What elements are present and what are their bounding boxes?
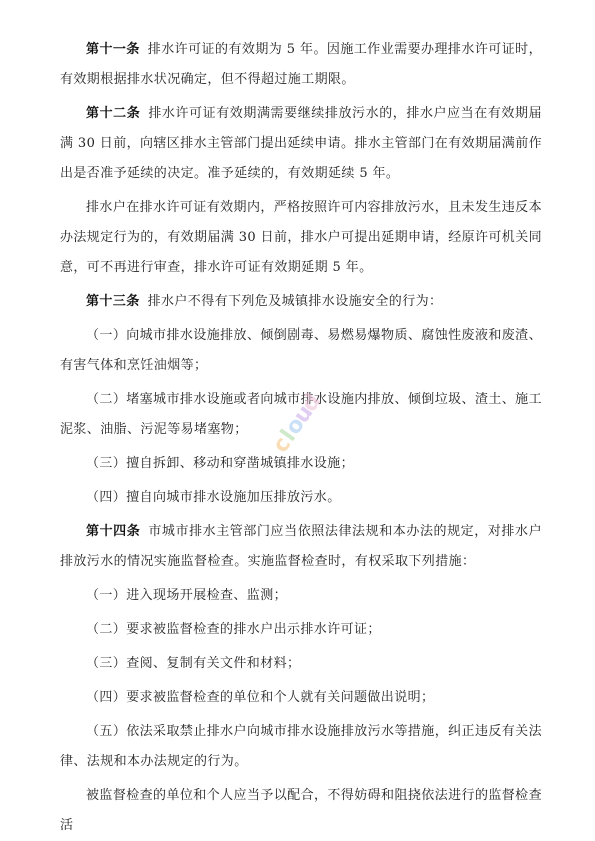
list-item-13-3: （三）擅自拆卸、移动和穿凿城镇排水设施； <box>60 449 542 479</box>
list-item-14-3: （三）查阅、复制有关文件和材料； <box>60 649 542 679</box>
list-item-14-2: （二）要求被监督检查的排水户出示排水许可证； <box>60 615 542 645</box>
paragraph-text: 排水户在排水许可证有效期内，严格按照许可内容排放污水，且未发生违反本办法规定行为… <box>60 200 542 275</box>
paragraph-text: （四）要求被监督检查的单位和个人就有关问题做出说明； <box>86 690 434 705</box>
paragraph-text: （一）向城市排水设施排放、倾倒剧毒、易燃易爆物质、腐蚀性废液和废渣、有害气体和烹… <box>60 328 542 373</box>
document-page: 第十一条排水许可证的有效期为 5 年。因施工作业需要办理排水许可证时，有效期根据… <box>60 35 542 841</box>
paragraph-article-11: 第十一条排水许可证的有效期为 5 年。因施工作业需要办理排水许可证时，有效期根据… <box>60 35 542 95</box>
list-item-13-1: （一）向城市排水设施排放、倾倒剧毒、易燃易爆物质、腐蚀性废液和废渣、有害气体和烹… <box>60 321 542 381</box>
paragraph-text: （五）依法采取禁止排水户向城市排水设施排放污水等措施，纠正违反有关法律、法规和本… <box>60 724 542 769</box>
paragraph-article-14: 第十四条市城市排水主管部门应当依照法律法规和本办法的规定，对排水户排放污水的情况… <box>60 517 542 577</box>
list-item-14-5: （五）依法采取禁止排水户向城市排水设施排放污水等措施，纠正违反有关法律、法规和本… <box>60 717 542 777</box>
article-heading: 第十四条 <box>86 524 140 539</box>
paragraph-cooperation: 被监督检查的单位和个人应当予以配合，不得妨碍和阻挠依法进行的监督检查活 <box>60 781 542 841</box>
paragraph-text: （二）要求被监督检查的排水户出示排水许可证； <box>86 622 381 637</box>
paragraph-article-12: 第十二条排水许可证有效期满需要继续排放污水的，排水户应当在有效期届满 30 日前… <box>60 99 542 189</box>
paragraph-text: 被监督检查的单位和个人应当予以配合，不得妨碍和阻挠依法进行的监督检查活 <box>60 788 542 833</box>
paragraph-text: 排水户不得有下列危及城镇排水设施安全的行为： <box>148 294 443 309</box>
paragraph-extension: 排水户在排水许可证有效期内，严格按照许可内容排放污水，且未发生违反本办法规定行为… <box>60 193 542 283</box>
article-heading: 第十三条 <box>86 294 140 309</box>
paragraph-text: （三）擅自拆卸、移动和穿凿城镇排水设施； <box>86 456 354 471</box>
list-item-13-2: （二）堵塞城市排水设施或者向城市排水设施内排放、倾倒垃圾、渣土、施工泥浆、油脂、… <box>60 385 542 445</box>
list-item-14-4: （四）要求被监督检查的单位和个人就有关问题做出说明； <box>60 683 542 713</box>
paragraph-text: （一）进入现场开展检查、监测； <box>86 588 287 603</box>
paragraph-text: （二）堵塞城市排水设施或者向城市排水设施内排放、倾倒垃圾、渣土、施工泥浆、油脂、… <box>60 392 542 437</box>
article-heading: 第十二条 <box>86 106 140 121</box>
paragraph-text: （四）擅自向城市排水设施加压排放污水。 <box>86 490 341 505</box>
article-heading: 第十一条 <box>86 42 140 57</box>
paragraph-article-13: 第十三条排水户不得有下列危及城镇排水设施安全的行为： <box>60 287 542 317</box>
list-item-14-1: （一）进入现场开展检查、监测； <box>60 581 542 611</box>
paragraph-text: （三）查阅、复制有关文件和材料； <box>86 656 300 671</box>
list-item-13-4: （四）擅自向城市排水设施加压排放污水。 <box>60 483 542 513</box>
